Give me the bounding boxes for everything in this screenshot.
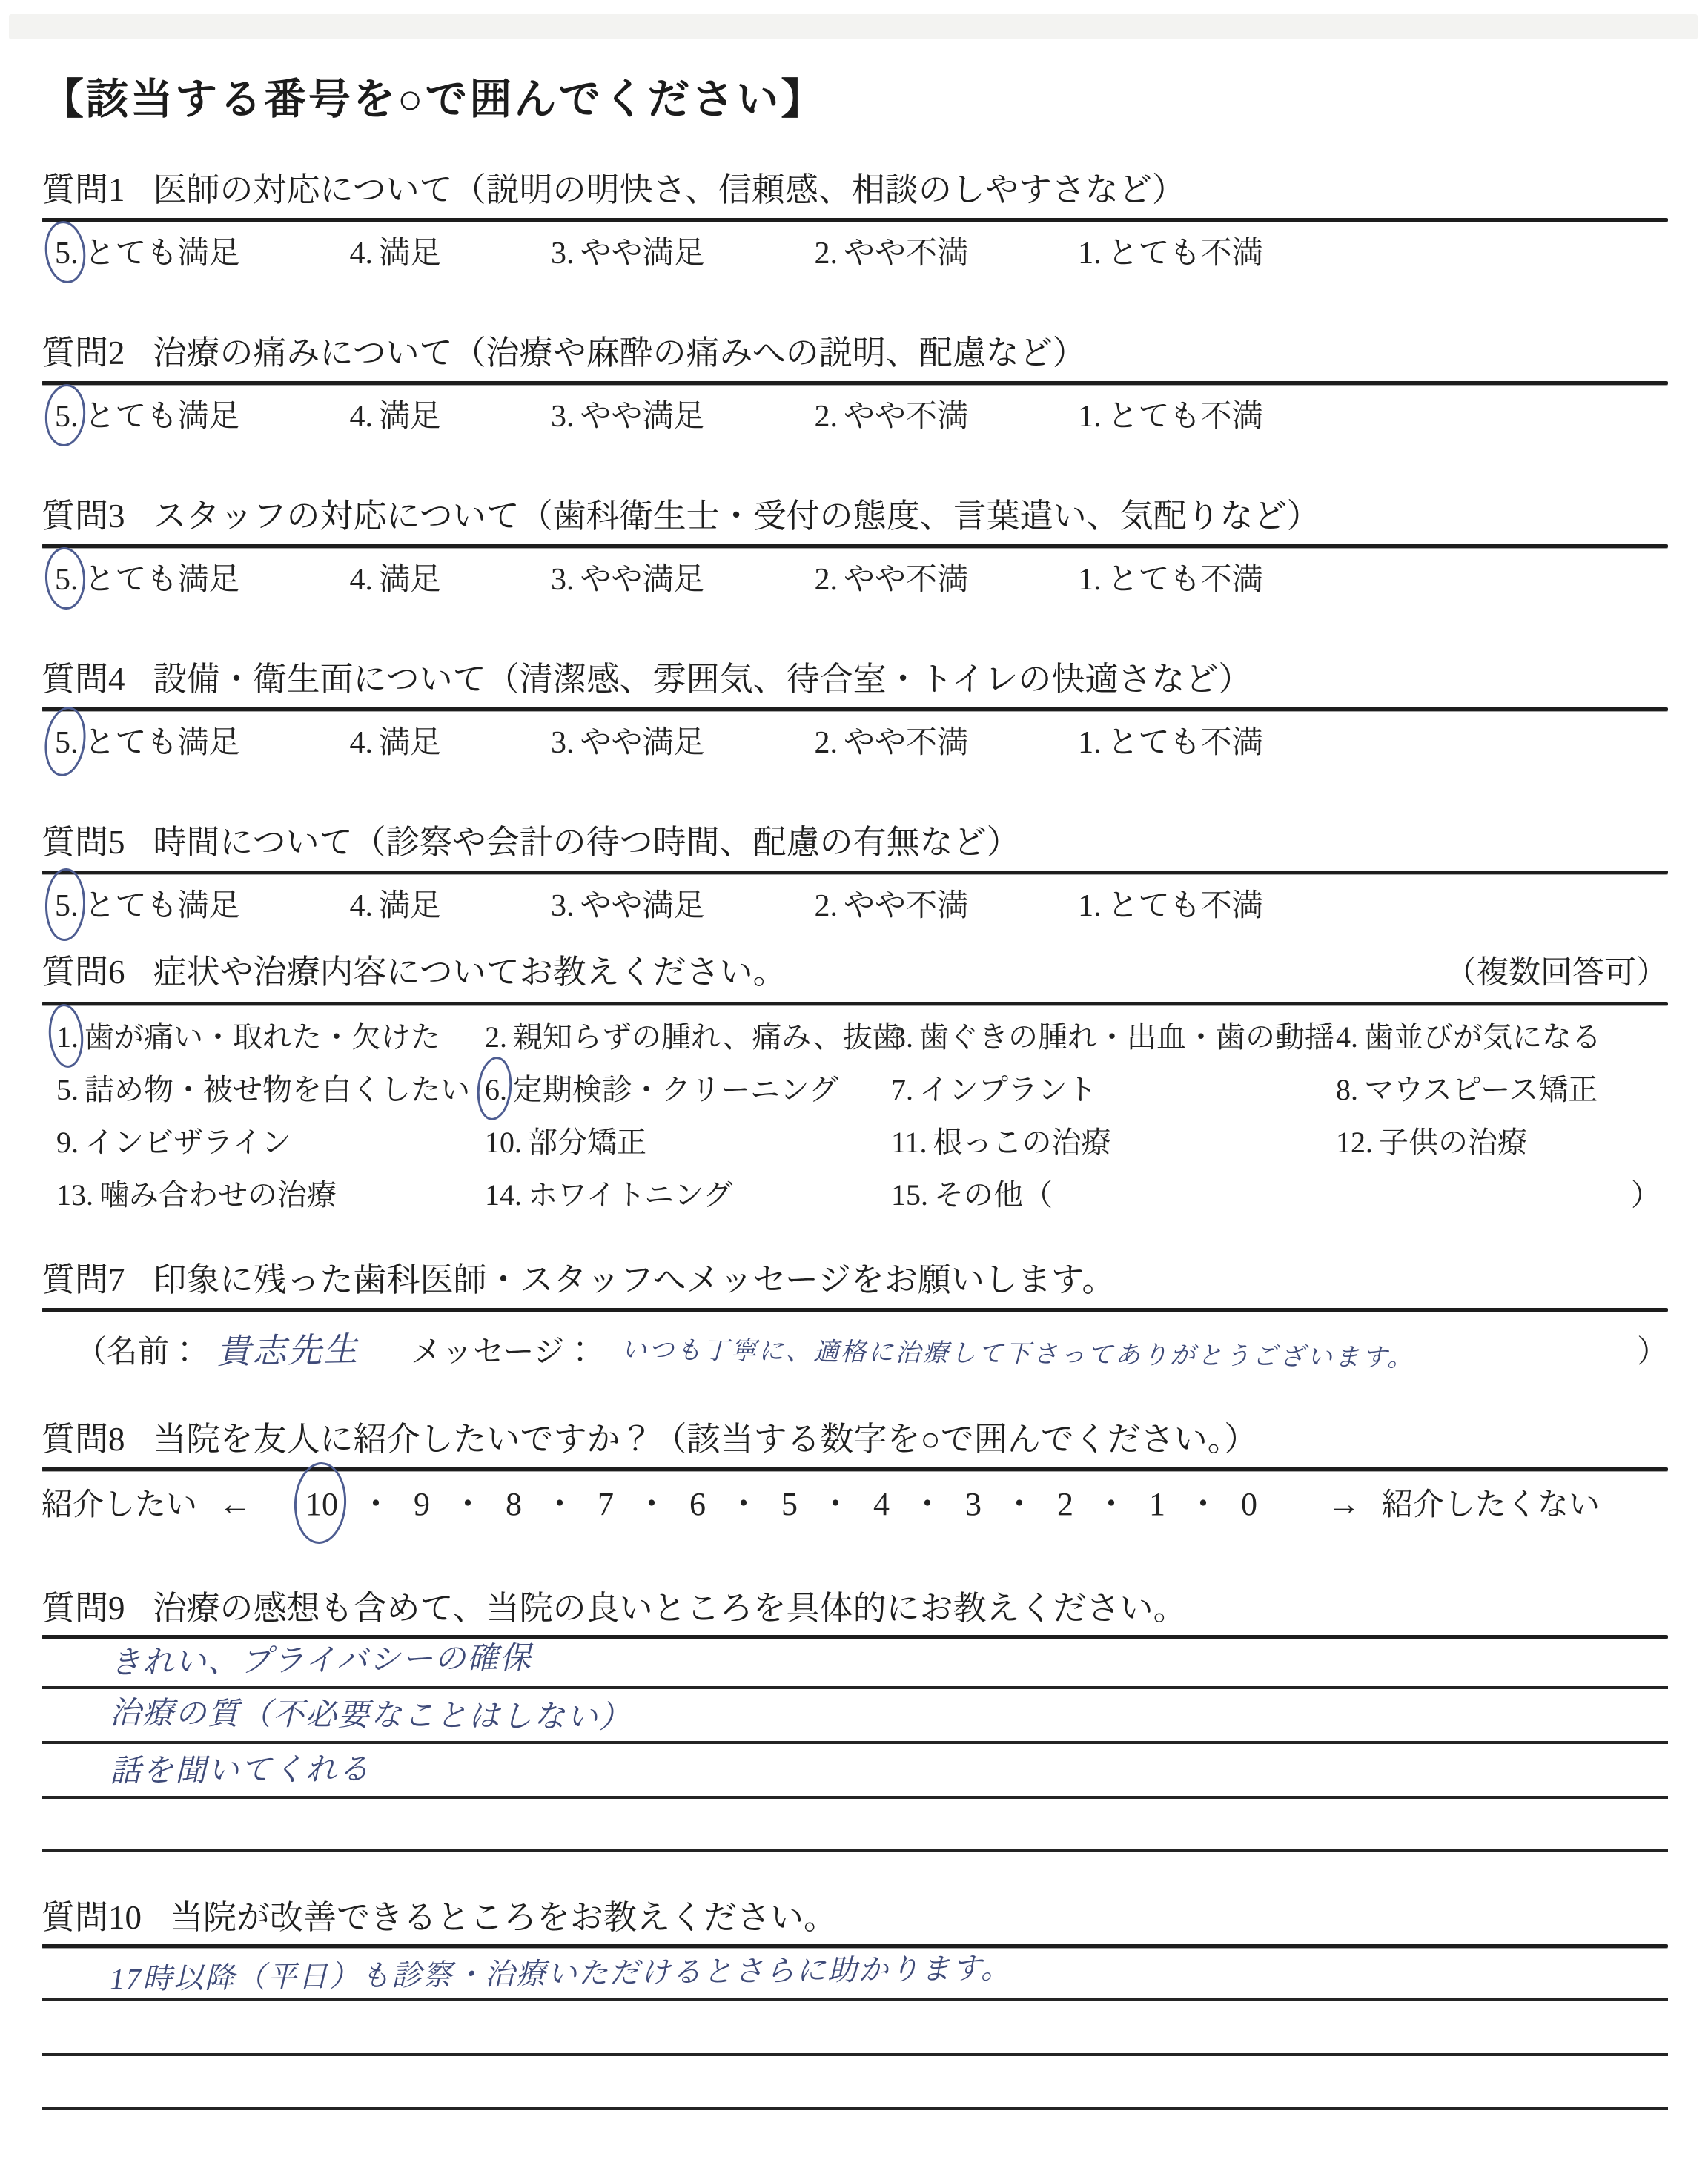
option-label: やや満足 [580, 723, 705, 763]
question-5-section: 質問5 時間について（診察や会計の待つ時間、配慮の有無など） 5.とても満足 4… [42, 822, 1668, 926]
question-1-section: 質問1 医師の対応について（説明の明快さ、信頼感、相談のしやすさなど） 5.とて… [42, 169, 1668, 274]
dot-separator: ・ [543, 1483, 576, 1526]
question-3-title: 質問3 スタッフの対応について（歯科衛生士・受付の態度、言葉遣い、気配りなど） [42, 495, 1668, 537]
handwritten-name: 貴志先生 [216, 1322, 359, 1373]
question-9-title: 質問9 治療の感想も含めて、当院の良いところを具体的にお教えください。 [42, 1588, 1668, 1629]
rating-option-1: 1.とても不満 [1078, 560, 1263, 600]
rating-option-4: 4.満足 [350, 234, 442, 274]
option-number: 1. [1078, 234, 1102, 274]
handwritten-answer: 17時以降（平日）も診察・治療いただけるとさらに助かります。 [110, 1945, 1012, 1998]
message-field-label: メッセージ： [411, 1327, 595, 1372]
option-number: 2. [815, 723, 838, 763]
scanned-survey-page: { "colors": { "printed_ink": "#1f1f1f", … [0, 0, 1708, 2160]
question-text: 時間について（診察や会計の待つ時間、配慮の有無など） [153, 822, 1020, 863]
option-number: 3. [551, 560, 575, 600]
rating-option-2: 2.やや不満 [815, 560, 969, 600]
option-number: 1. [1078, 560, 1102, 600]
question-number: 質問9 [42, 1588, 125, 1629]
option-label: やや不満 [844, 234, 968, 274]
rating-option-4: 4.満足 [350, 560, 442, 600]
rating-option-2: 2.やや不満 [815, 886, 969, 926]
option-label: やや不満 [844, 397, 968, 437]
divider-rule [42, 1308, 1668, 1312]
other-close-paren: ） [1336, 1177, 1668, 1214]
option-number: 1. [1078, 397, 1102, 437]
symptom-option-9: 9.インビザライン [56, 1124, 485, 1161]
option-number: 1. [1078, 886, 1102, 926]
symptom-option-2: 2.親知らずの腫れ、痛み、抜歯 [485, 1019, 891, 1056]
option-label: とても満足 [85, 397, 240, 437]
option-number: 5. [55, 726, 79, 760]
question-text: 当院を友人に紹介したいですか？（該当する数字を○で囲んでください。） [153, 1418, 1258, 1460]
answer-line: 17時以降（平日）も診察・治療いただけるとさらに助かります。 [42, 1948, 1668, 2001]
question-1-title: 質問1 医師の対応について（説明の明快さ、信頼感、相談のしやすさなど） [42, 169, 1668, 211]
dot-separator: ・ [635, 1483, 668, 1526]
dot-separator: ・ [1003, 1483, 1036, 1526]
handwritten-answer: 治療の質（不必要なことはしない） [110, 1688, 632, 1737]
answer-line: 治療の質（不必要なことはしない） [42, 1689, 1668, 1744]
option-label: 満足 [379, 234, 441, 274]
scale-value-2: 2 [1057, 1483, 1073, 1526]
rating-option-4: 4.満足 [350, 886, 442, 926]
name-field-label: （名前： [76, 1327, 200, 1372]
question-7-section: 質問7 印象に残った歯科医師・スタッフへメッセージをお願いします。 （名前： 貴… [42, 1259, 1668, 1373]
question-text: 治療の痛みについて（治療や麻酔の痛みへの説明、配慮など） [153, 332, 1086, 374]
answer-line [42, 1799, 1668, 1852]
scale-value-3: 3 [965, 1483, 982, 1526]
rating-option-2: 2.やや不満 [815, 397, 969, 437]
right-arrow-icon: → [1328, 1483, 1360, 1526]
question-text: 医師の対応について（説明の明快さ、信頼感、相談のしやすさなど） [153, 169, 1185, 211]
question-number: 質問1 [42, 169, 125, 211]
scale-value-4: 4 [873, 1483, 890, 1526]
dot-separator: ・ [1095, 1483, 1128, 1526]
scale-value-10: 10 [305, 1483, 338, 1526]
option-number: 3. [551, 397, 575, 437]
rating-option-5: 5.とても満足 [55, 397, 240, 437]
question-text: スタッフの対応について（歯科衛生士・受付の態度、言葉遣い、気配りなど） [153, 495, 1320, 537]
rating-option-1: 1.とても不満 [1078, 886, 1263, 926]
page-title: 【該当する番号を○で囲んでください】 [42, 65, 1668, 126]
message-answer-row: （名前： 貴志先生 メッセージ： いつも丁寧に、適格に治療して下さってありがとう… [76, 1324, 1668, 1373]
option-label: とても不満 [1108, 234, 1263, 274]
rating-option-3: 3.やや満足 [551, 723, 705, 763]
question-2-section: 質問2 治療の痛みについて（治療や麻酔の痛みへの説明、配慮など） 5.とても満足… [42, 332, 1668, 437]
symptom-option-6: 6.定期検診・クリーニング [485, 1071, 891, 1109]
option-label: とても満足 [85, 560, 240, 600]
dot-separator: ・ [451, 1483, 484, 1526]
question-text: 設備・衛生面について（清潔感、雰囲気、待合室・トイレの快適さなど） [153, 658, 1252, 700]
answer-line: 話を聞いてくれる [42, 1744, 1668, 1799]
symptom-option-7: 7.インプラント [891, 1071, 1336, 1109]
option-label: やや満足 [580, 886, 705, 926]
symptom-option-4: 4.歯並びが気になる [1336, 1019, 1668, 1056]
question-2-title: 質問2 治療の痛みについて（治療や麻酔の痛みへの説明、配慮など） [42, 332, 1668, 374]
option-label: とても満足 [85, 234, 240, 274]
answer-line [42, 2001, 1668, 2056]
option-label: やや満足 [580, 560, 705, 600]
rating-option-2: 2.やや不満 [815, 723, 969, 763]
symptom-option-8: 8.マウスピース矯正 [1336, 1071, 1668, 1109]
rating-option-1: 1.とても不満 [1078, 397, 1263, 437]
option-number: 5. [55, 889, 79, 923]
divider-rule [42, 544, 1668, 548]
scale-right-label: 紹介したくない [1382, 1484, 1600, 1527]
option-number: 5. [55, 237, 79, 271]
question-10-section: 質問10 当院が改善できるところをお教えください。 17時以降（平日）も診察・治… [42, 1897, 1668, 2160]
question-9-section: 質問9 治療の感想も含めて、当院の良いところを具体的にお教えください。 きれい、… [42, 1588, 1668, 1852]
divider-rule [42, 871, 1668, 874]
question-10-title: 質問10 当院が改善できるところをお教えください。 [42, 1897, 1668, 1938]
rating-option-3: 3.やや満足 [551, 397, 705, 437]
option-label: とても満足 [85, 723, 240, 763]
scale-value-0: 0 [1241, 1483, 1257, 1526]
option-label: やや不満 [844, 560, 968, 600]
rating-option-2: 2.やや不満 [815, 234, 969, 274]
option-label: とても満足 [85, 886, 240, 926]
dot-separator: ・ [727, 1483, 760, 1526]
question-text: 症状や治療内容についてお教えください。 [153, 951, 787, 993]
symptom-option-11: 11.根っこの治療 [891, 1124, 1336, 1161]
question-number: 質問5 [42, 822, 125, 863]
scale-value-1: 1 [1149, 1483, 1165, 1526]
option-label: やや満足 [580, 234, 705, 274]
rating-option-1: 1.とても不満 [1078, 234, 1263, 274]
question-text: 当院が改善できるところをお教えください。 [170, 1897, 837, 1938]
question-5-title: 質問5 時間について（診察や会計の待つ時間、配慮の有無など） [42, 822, 1668, 863]
question-number: 質問2 [42, 332, 125, 374]
option-number: 1. [1078, 723, 1102, 763]
question-number: 質問4 [42, 658, 125, 700]
left-arrow-icon: ← [219, 1483, 251, 1526]
option-number: 2. [815, 234, 838, 274]
dot-separator: ・ [1187, 1483, 1219, 1526]
option-number: 3. [551, 234, 575, 274]
option-number: 2. [815, 886, 838, 926]
answer-line [42, 2110, 1668, 2160]
option-number: 4. [350, 397, 374, 437]
rating-options-row: 5.とても満足 4.満足 3.やや満足 2.やや不満 1.とても不満 [55, 886, 1668, 926]
option-number: 2. [815, 560, 838, 600]
close-paren: ） [1637, 1327, 1668, 1372]
symptom-option-5: 5.詰め物・被せ物を白くしたい [56, 1071, 485, 1109]
symptom-options-grid: 1.歯が痛い・取れた・欠けた 2.親知らずの腫れ、痛み、抜歯 3.歯ぐきの腫れ・… [56, 1019, 1668, 1214]
symptom-option-13: 13.噛み合わせの治療 [56, 1177, 485, 1214]
rating-option-4: 4.満足 [350, 723, 442, 763]
question-6-title: 質問6 症状や治療内容についてお教えください。 （複数回答可） [42, 951, 1668, 994]
divider-rule [42, 218, 1668, 222]
option-label: 満足 [379, 886, 441, 926]
dot-separator: ・ [911, 1483, 944, 1526]
scan-artifact-band [9, 14, 1698, 39]
option-label: とても不満 [1108, 560, 1263, 600]
option-label: 満足 [379, 560, 441, 600]
dot-separator: ・ [360, 1483, 392, 1526]
handwritten-answer: きれい、プライバシーの確保 [110, 1634, 533, 1683]
option-number: 3. [551, 886, 575, 926]
option-number: 5. [55, 563, 79, 597]
question-8-title: 質問8 当院を友人に紹介したいですか？（該当する数字を○で囲んでください。） [42, 1418, 1668, 1460]
rating-option-5: 5.とても満足 [55, 234, 240, 274]
question-number: 質問6 [42, 951, 125, 993]
question-4-title: 質問4 設備・衛生面について（清潔感、雰囲気、待合室・トイレの快適さなど） [42, 658, 1668, 700]
question-3-section: 質問3 スタッフの対応について（歯科衛生士・受付の態度、言葉遣い、気配りなど） … [42, 495, 1668, 600]
scale-value-5: 5 [781, 1483, 798, 1526]
option-label: とても不満 [1108, 886, 1263, 926]
divider-rule [42, 381, 1668, 385]
rating-options-row: 5.とても満足 4.満足 3.やや満足 2.やや不満 1.とても不満 [55, 234, 1668, 274]
header-section: 【該当する番号を○で囲んでください】 [42, 65, 1668, 126]
scale-value-6: 6 [689, 1483, 706, 1526]
divider-rule [42, 707, 1668, 711]
rating-option-1: 1.とても不満 [1078, 723, 1263, 763]
question-text: 治療の感想も含めて、当院の良いところを具体的にお教えください。 [153, 1588, 1187, 1629]
question-8-section: 質問8 当院を友人に紹介したいですか？（該当する数字を○で囲んでください。） 紹… [42, 1418, 1668, 1527]
option-number: 4. [350, 723, 374, 763]
option-number: 3. [551, 723, 575, 763]
nps-scale-row: 紹介したい ← 10 ・ 9 ・ 8 ・ 7 ・ 6 ・ 5 ・ 4 ・ 3 ・… [42, 1483, 1668, 1527]
rating-option-5: 5.とても満足 [55, 886, 240, 926]
symptom-option-1: 1.歯が痛い・取れた・欠けた [56, 1019, 485, 1056]
question-text: 印象に残った歯科医師・スタッフへメッセージをお願いします。 [153, 1259, 1116, 1301]
handwritten-answer: 話を聞いてくれる [110, 1745, 371, 1791]
rating-option-5: 5.とても満足 [55, 723, 240, 763]
option-label: やや不満 [844, 886, 968, 926]
divider-rule [42, 1467, 1668, 1471]
option-number: 4. [350, 234, 374, 274]
symptom-option-10: 10.部分矯正 [485, 1124, 891, 1161]
question-number: 質問8 [42, 1418, 125, 1460]
option-number: 5. [55, 400, 79, 434]
option-number: 2. [815, 397, 838, 437]
symptom-option-3: 3.歯ぐきの腫れ・出血・歯の動揺 [891, 1019, 1336, 1056]
scale-value-8: 8 [506, 1483, 522, 1526]
multi-answer-note: （複数回答可） [1445, 953, 1668, 994]
option-label: やや満足 [580, 397, 705, 437]
question-number: 質問10 [42, 1897, 142, 1938]
rating-option-3: 3.やや満足 [551, 886, 705, 926]
rating-options-row: 5.とても満足 4.満足 3.やや満足 2.やや不満 1.とても不満 [55, 723, 1668, 763]
question-6-section: 質問6 症状や治療内容についてお教えください。 （複数回答可） 1.歯が痛い・取… [42, 951, 1668, 1214]
question-7-title: 質問7 印象に残った歯科医師・スタッフへメッセージをお願いします。 [42, 1259, 1668, 1301]
rating-option-4: 4.満足 [350, 397, 442, 437]
rating-options-row: 5.とても満足 4.満足 3.やや満足 2.やや不満 1.とても不満 [55, 560, 1668, 600]
option-number: 4. [350, 560, 374, 600]
rating-option-3: 3.やや満足 [551, 560, 705, 600]
question-4-section: 質問4 設備・衛生面について（清潔感、雰囲気、待合室・トイレの快適さなど） 5.… [42, 658, 1668, 763]
scale-left-label: 紹介したい [42, 1484, 197, 1527]
symptom-option-15: 15.その他（ [891, 1177, 1336, 1214]
option-label: とても不満 [1108, 723, 1263, 763]
question-number: 質問7 [42, 1259, 125, 1301]
option-label: 満足 [379, 397, 441, 437]
handwritten-message: いつも丁寧に、適格に治療して下さってありがとうございます。 [620, 1329, 1414, 1373]
answer-line [42, 2056, 1668, 2110]
rating-option-5: 5.とても満足 [55, 560, 240, 600]
scale-value-9: 9 [414, 1483, 430, 1526]
option-label: とても不満 [1108, 397, 1263, 437]
dot-separator: ・ [819, 1483, 852, 1526]
divider-rule [42, 1002, 1668, 1005]
option-label: 満足 [379, 723, 441, 763]
question-number: 質問3 [42, 495, 125, 537]
rating-options-row: 5.とても満足 4.満足 3.やや満足 2.やや不満 1.とても不満 [55, 397, 1668, 437]
answer-line: きれい、プライバシーの確保 [42, 1639, 1668, 1689]
scale-value-7: 7 [598, 1483, 614, 1526]
option-label: やや不満 [844, 723, 968, 763]
symptom-option-14: 14.ホワイトニング [485, 1177, 891, 1214]
option-number: 4. [350, 886, 374, 926]
rating-option-3: 3.やや満足 [551, 234, 705, 274]
symptom-option-12: 12.子供の治療 [1336, 1124, 1668, 1161]
